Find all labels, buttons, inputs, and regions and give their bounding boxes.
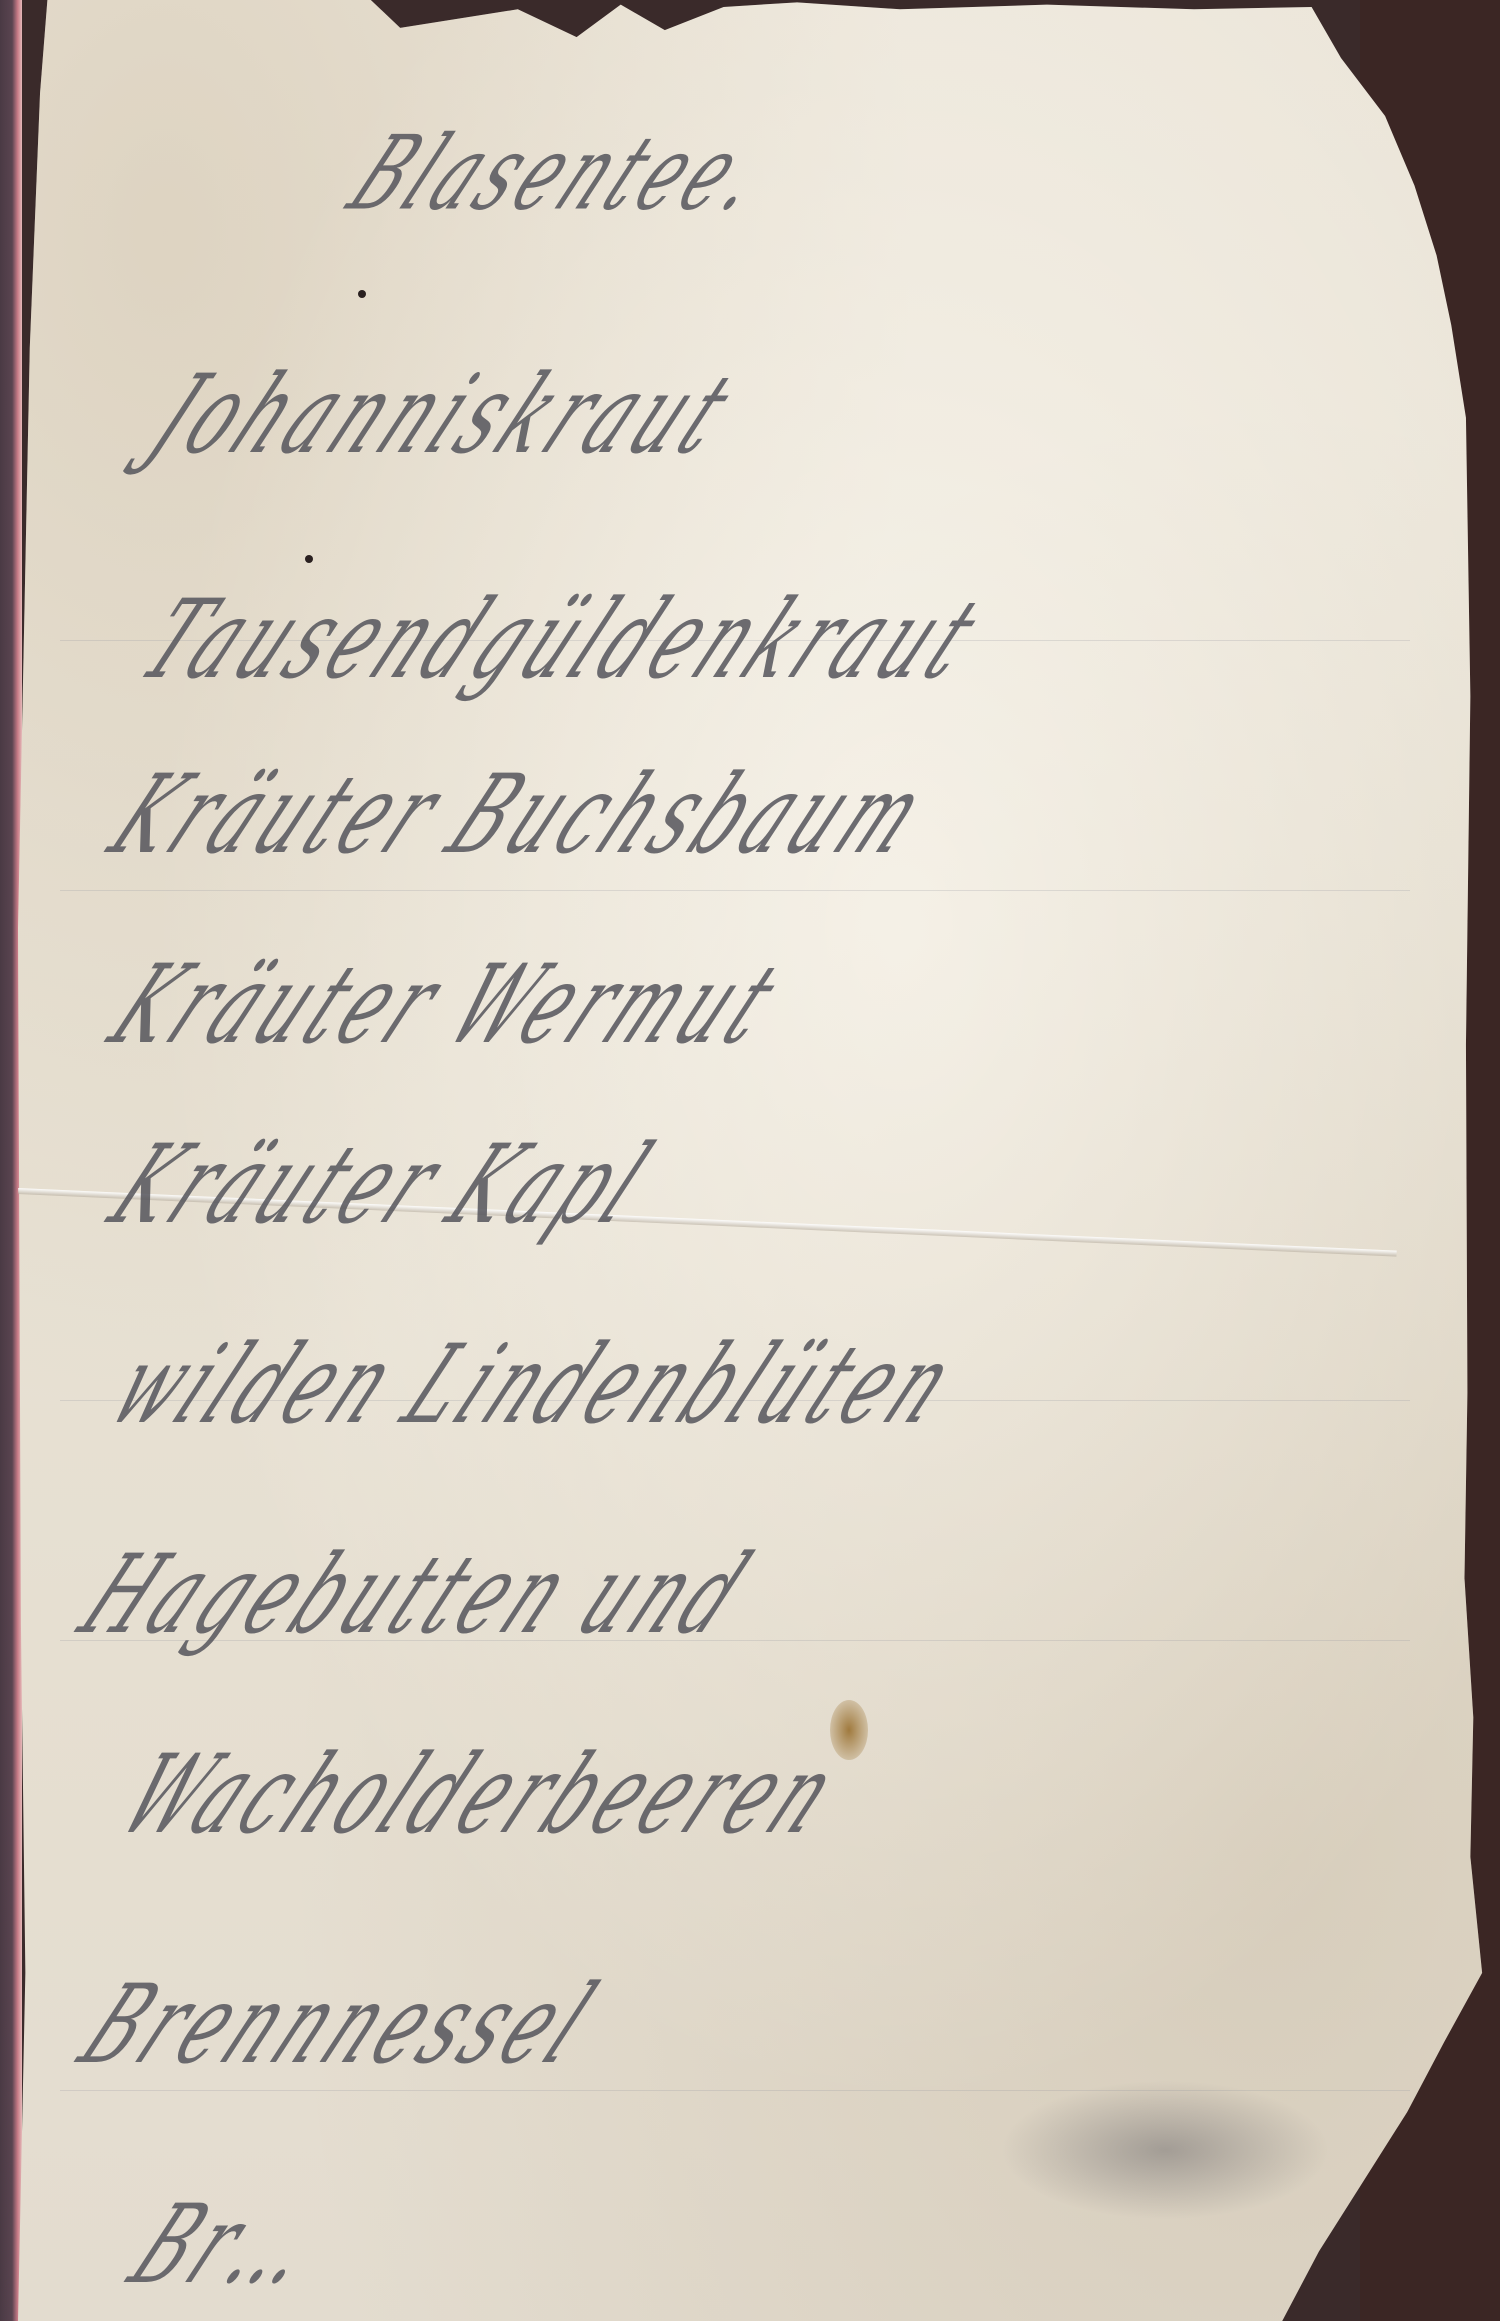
handwritten-line: wilden Lindenblüten <box>90 1323 981 1449</box>
pin-hole <box>358 290 366 298</box>
backdrop-left-edge <box>0 0 22 2321</box>
handwritten-line: Brennnessel <box>60 1963 619 2089</box>
pin-hole <box>305 555 313 563</box>
handwritten-line: Kräuter Kapl <box>90 1123 675 1249</box>
handwritten-line: Tausendgüldenkraut <box>120 578 1004 704</box>
handwritten-line: Kräuter Wermut <box>90 943 803 1069</box>
handwritten-line: Hagebutten und <box>60 1533 774 1659</box>
handwritten-line: Wacholderbeeren <box>100 1733 863 1859</box>
pencil-smudge <box>1000 2080 1330 2220</box>
handwritten-line: Kräuter Buchsbaum <box>90 753 951 879</box>
document-title: Blasentee. <box>330 116 792 234</box>
ruled-line <box>60 890 1410 891</box>
handwritten-line: Johanniskraut <box>130 353 757 479</box>
